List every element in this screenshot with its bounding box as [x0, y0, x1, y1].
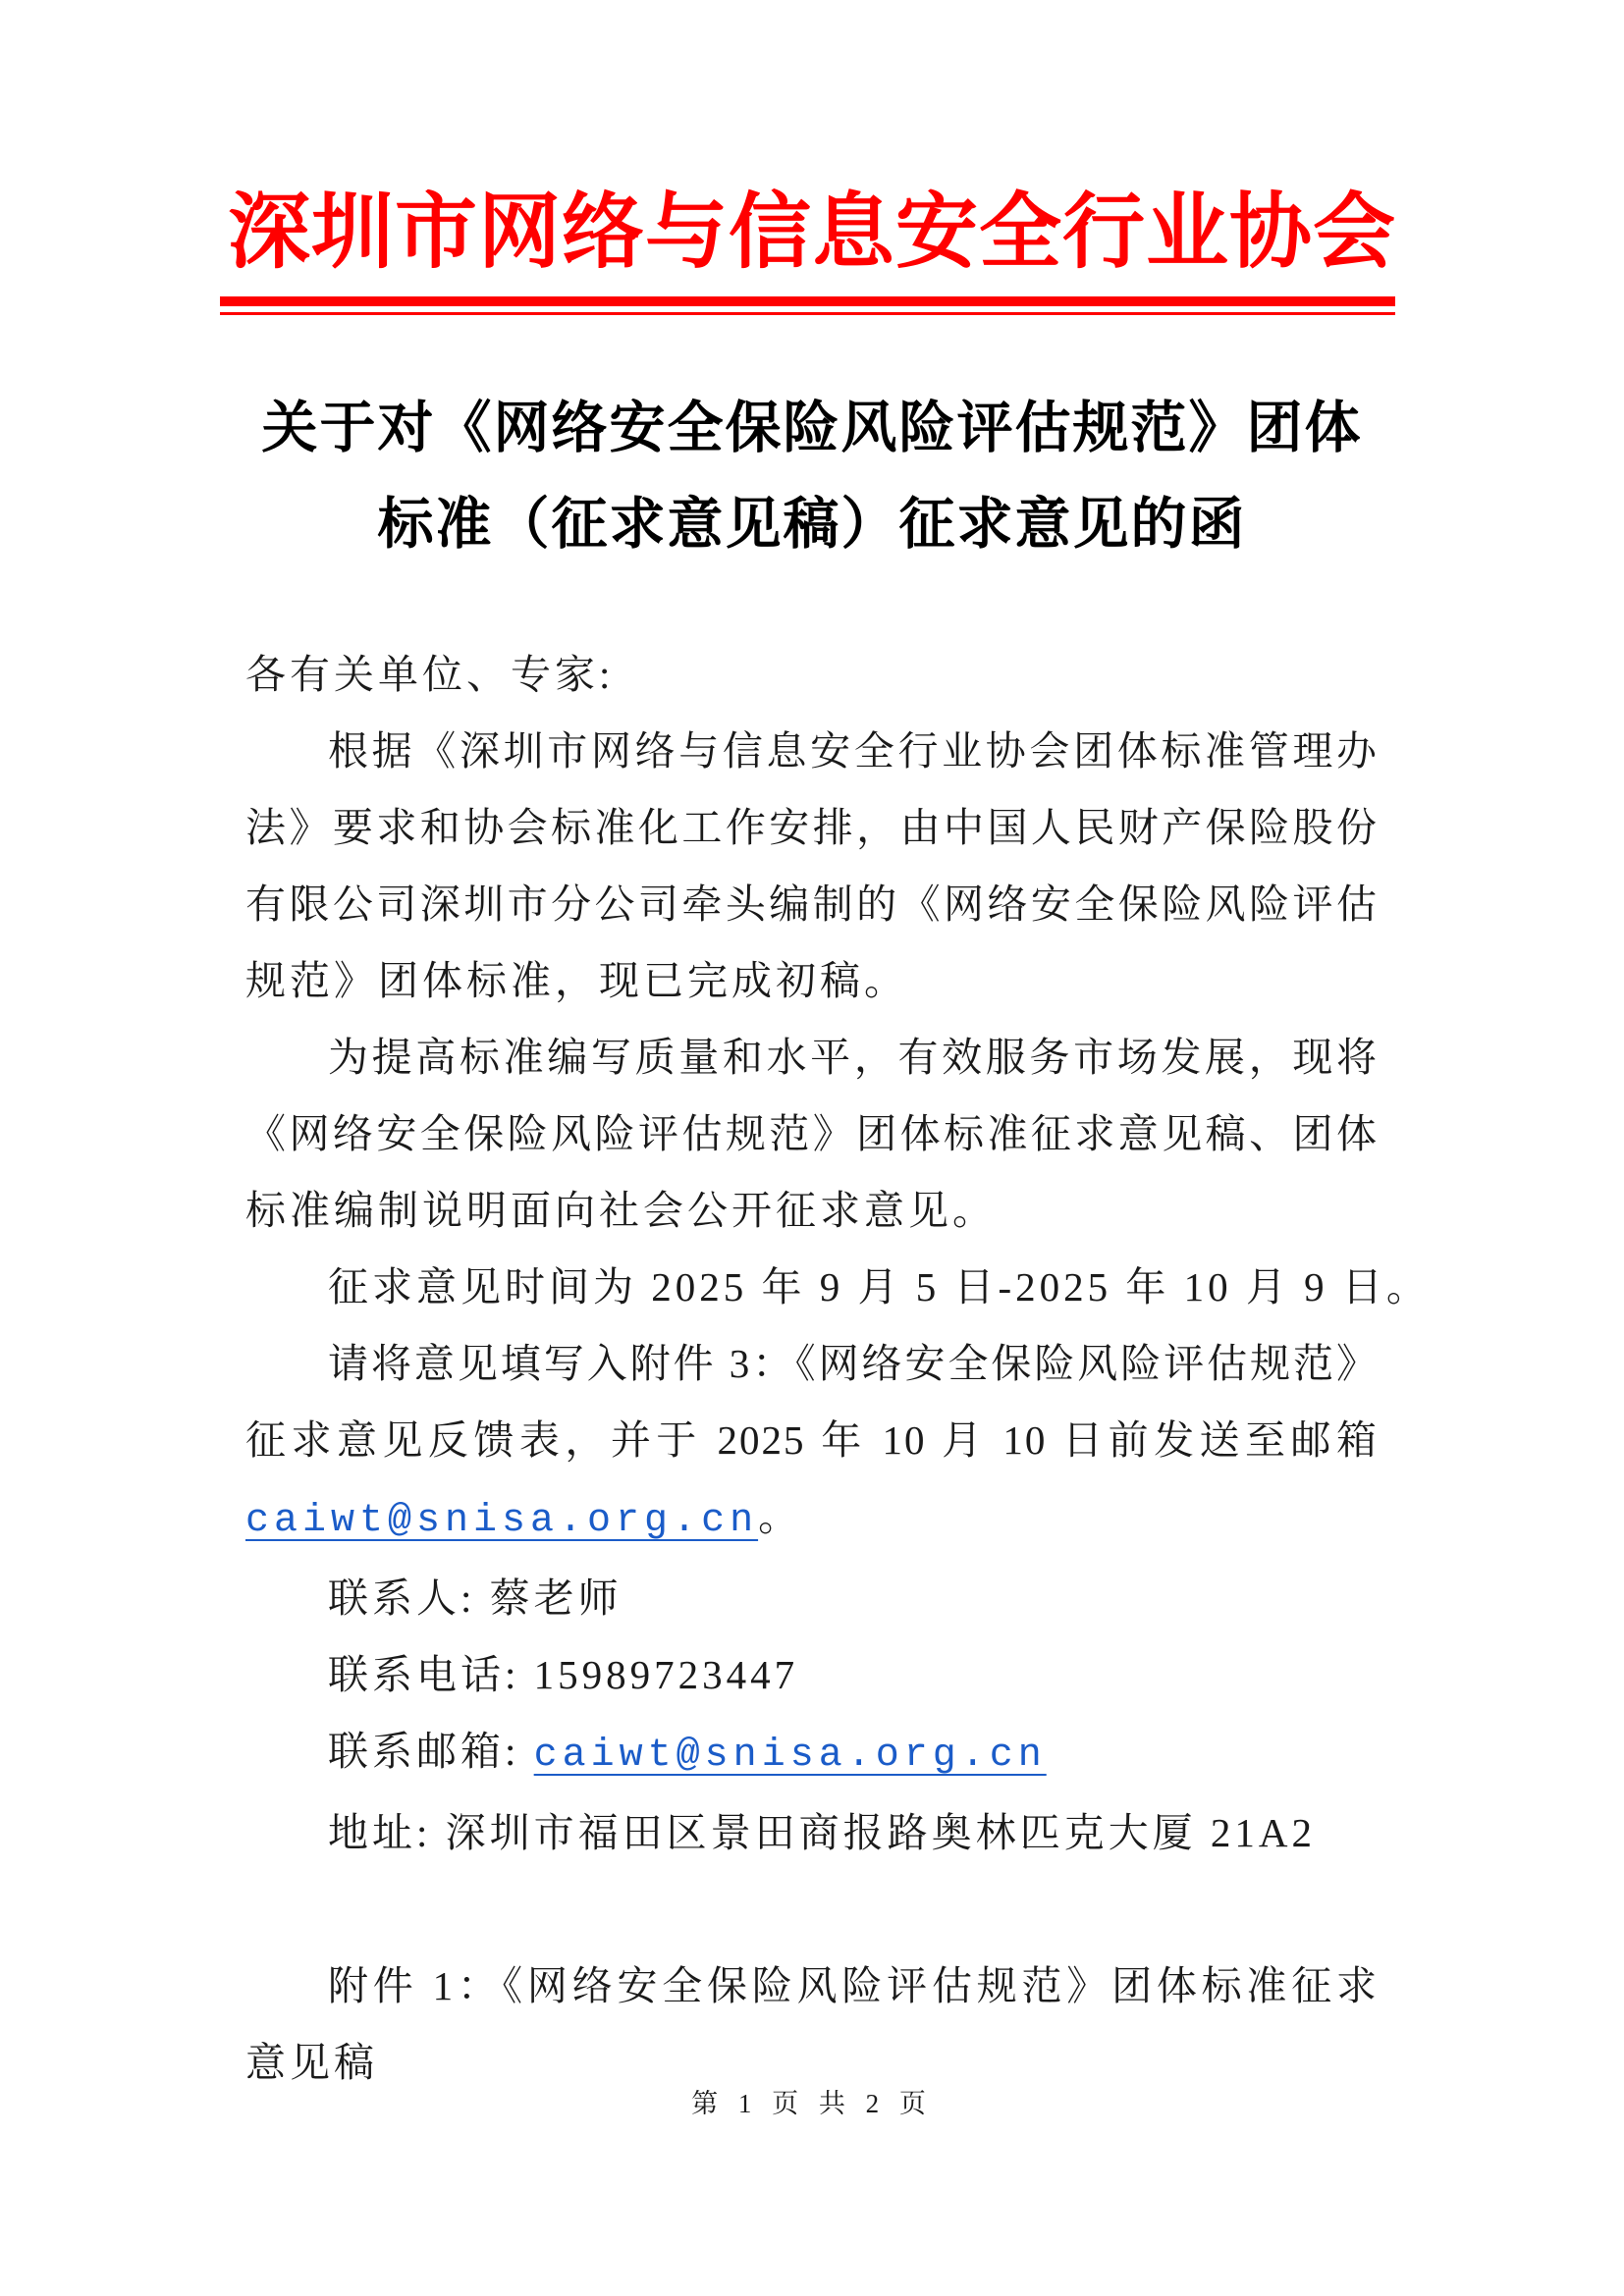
paragraph4-line1: 请将意见填写入附件 3：《网络安全保险风险评估规范》	[245, 1325, 1379, 1402]
contact-email-label: 联系邮箱:	[328, 1729, 534, 1774]
paragraph1-line2: 法》要求和协会标准化工作安排，由中国人民财产保险股份	[245, 789, 1379, 866]
email-link-inline[interactable]: caiwt@snisa.org.cn	[245, 1499, 758, 1543]
contact-address: 地址: 深圳市福田区景田商报路奥林匹克大厦 21A2	[245, 1794, 1379, 1871]
letter-body: 各有关单位、专家: 根据《深圳市网络与信息安全行业协会团体标准管理办 法》要求和…	[245, 636, 1379, 2101]
email-line-period: 。	[758, 1494, 802, 1539]
document-title: 关于对《网络安全保险风险评估规范》团体 标准（征求意见稿）征求意见的函	[0, 381, 1624, 573]
page-footer: 第 1 页 共 2 页	[0, 2087, 1624, 2120]
paragraph4-email-line: caiwt@snisa.org.cn。	[245, 1478, 1379, 1560]
salutation: 各有关单位、专家:	[245, 636, 1379, 713]
letterhead-rule-thin	[220, 312, 1395, 315]
contact-email-link[interactable]: caiwt@snisa.org.cn	[534, 1734, 1047, 1778]
paragraph2-line2: 《网络安全保险风险评估规范》团体标准征求意见稿、团体	[245, 1095, 1379, 1172]
org-name-letterhead: 深圳市网络与信息安全行业协会	[0, 183, 1624, 285]
paragraph4-line2: 征求意见反馈表，并于 2025 年 10 月 10 日前发送至邮箱	[245, 1402, 1379, 1478]
paragraph2-line1: 为提高标准编写质量和水平，有效服务市场发展，现将	[245, 1019, 1379, 1095]
page-indicator: 第 1 页 共 2 页	[691, 2089, 933, 2118]
paragraph1-line1: 根据《深圳市网络与信息安全行业协会团体标准管理办	[245, 713, 1379, 789]
document-title-line2: 标准（征求意见稿）征求意见的函	[0, 477, 1624, 573]
paragraph1-line4: 规范》团体标准，现已完成初稿。	[245, 942, 1379, 1019]
document-page: 深圳市网络与信息安全行业协会 关于对《网络安全保险风险评估规范》团体 标准（征求…	[0, 0, 1624, 2296]
blank-line	[245, 1871, 1379, 1948]
contact-person: 联系人: 蔡老师	[245, 1560, 1379, 1636]
document-title-line1: 关于对《网络安全保险风险评估规范》团体	[0, 381, 1624, 477]
letterhead-rule-thick	[220, 296, 1395, 306]
attachment1-line1: 附件 1：《网络安全保险风险评估规范》团体标准征求	[245, 1948, 1379, 2024]
paragraph1-line3: 有限公司深圳市分公司牵头编制的《网络安全保险风险评估	[245, 866, 1379, 942]
contact-email-line: 联系邮箱: caiwt@snisa.org.cn	[245, 1713, 1379, 1794]
paragraph3-deadline: 征求意见时间为 2025 年 9 月 5 日-2025 年 10 月 9 日。	[245, 1249, 1379, 1325]
contact-phone: 联系电话: 15989723447	[245, 1636, 1379, 1713]
paragraph2-line3: 标准编制说明面向社会公开征求意见。	[245, 1172, 1379, 1249]
